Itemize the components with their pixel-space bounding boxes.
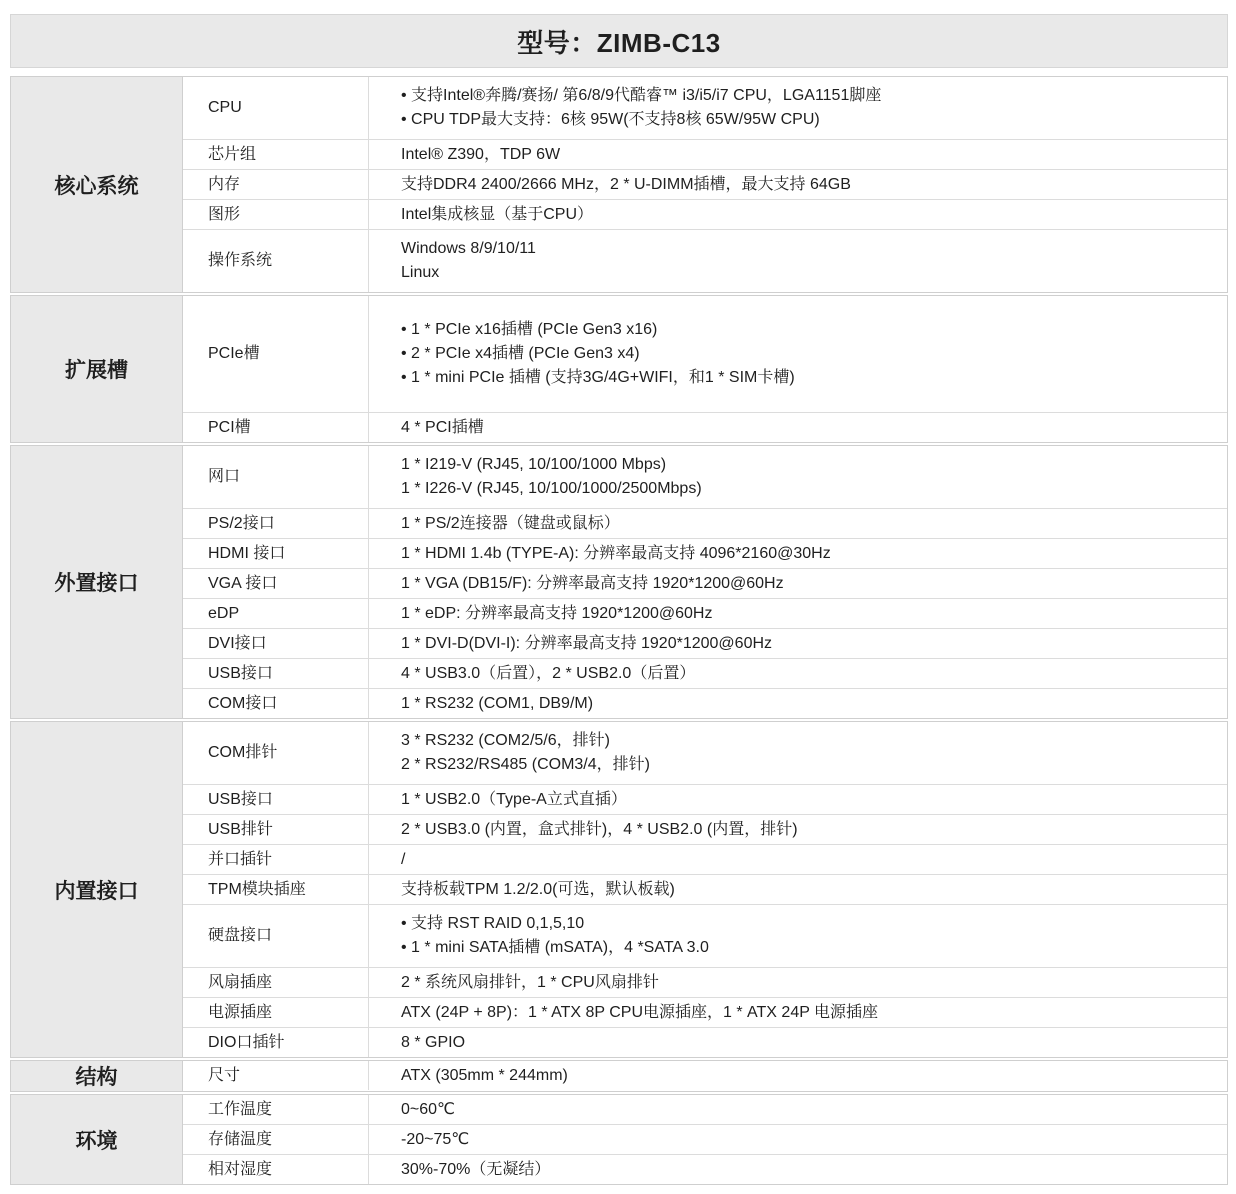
spec-value: 2 * USB3.0 (内置，盒式排针)，4 * USB2.0 (内置，排针) (369, 815, 1227, 844)
spec-value: 30%-70%（无凝结） (369, 1155, 1227, 1184)
spec-value: 4 * PCI插槽 (369, 413, 1227, 442)
spec-row: DIO口插针 8 * GPIO (183, 1028, 1227, 1057)
spec-value: 4 * USB3.0（后置），2 * USB2.0（后置） (369, 659, 1227, 688)
spec-value: 2 * 系统风扇排针，1 * CPU风扇排针 (369, 968, 1227, 997)
spec-value: 8 * GPIO (369, 1028, 1227, 1057)
spec-value-line: -20~75℃ (401, 1128, 1211, 1152)
spec-value-line: • 1 * mini PCIe 插槽 (支持3G/4G+WIFI，和1 * SI… (401, 366, 1211, 390)
spec-row: 工作温度 0~60℃ (183, 1095, 1227, 1125)
spec-value-line: / (401, 848, 1211, 872)
spec-value: • 支持Intel®奔腾/赛扬/ 第6/8/9代酷睿™ i3/i5/i7 CPU… (369, 77, 1227, 139)
spec-value-line: 1 * DVI-D(DVI-I): 分辨率最高支持 1920*1200@60Hz (401, 632, 1211, 656)
spec-value-line: ATX (305mm * 244mm) (401, 1064, 1211, 1088)
spec-section: 扩展槽 PCIe槽 • 1 * PCIe x16插槽 (PCIe Gen3 x1… (10, 295, 1228, 443)
spec-sheet: 型号：ZIMB-C13 核心系统 CPU • 支持Intel®奔腾/赛扬/ 第6… (10, 14, 1228, 1185)
spec-section: 核心系统 CPU • 支持Intel®奔腾/赛扬/ 第6/8/9代酷睿™ i3/… (10, 76, 1228, 293)
spec-value-line: • 支持Intel®奔腾/赛扬/ 第6/8/9代酷睿™ i3/i5/i7 CPU… (401, 84, 1211, 108)
spec-row: 存储温度 -20~75℃ (183, 1125, 1227, 1155)
spec-label: 工作温度 (183, 1095, 369, 1124)
spec-value-line: 支持板载TPM 1.2/2.0(可选，默认板载) (401, 878, 1211, 902)
spec-label: 操作系统 (183, 230, 369, 292)
spec-value-line: 1 * USB2.0（Type-A立式直插） (401, 788, 1211, 812)
spec-value-line: 2 * 系统风扇排针，1 * CPU风扇排针 (401, 971, 1211, 995)
spec-row: 芯片组 Intel® Z390，TDP 6W (183, 140, 1227, 170)
spec-row: COM接口 1 * RS232 (COM1, DB9/M) (183, 689, 1227, 718)
spec-section: 内置接口 COM排针 3 * RS232 (COM2/5/6，排针)2 * RS… (10, 721, 1228, 1058)
spec-label: 硬盘接口 (183, 905, 369, 967)
spec-row: PCI槽 4 * PCI插槽 (183, 413, 1227, 442)
spec-value-line: 2 * USB3.0 (内置，盒式排针)，4 * USB2.0 (内置，排针) (401, 818, 1211, 842)
spec-value: 1 * PS/2连接器（键盘或鼠标） (369, 509, 1227, 538)
spec-value: 0~60℃ (369, 1095, 1227, 1124)
section-rows: COM排针 3 * RS232 (COM2/5/6，排针)2 * RS232/R… (183, 722, 1227, 1057)
spec-label: 尺寸 (183, 1061, 369, 1090)
section-rows: 工作温度 0~60℃ 存储温度 -20~75℃ 相对湿度 30%-70%（无凝结… (183, 1095, 1227, 1184)
spec-row: 内存 支持DDR4 2400/2666 MHz，2 * U-DIMM插槽，最大支… (183, 170, 1227, 200)
spec-value: / (369, 845, 1227, 874)
spec-value-line: • 1 * PCIe x16插槽 (PCIe Gen3 x16) (401, 318, 1211, 342)
spec-row: 操作系统 Windows 8/9/10/11Linux (183, 230, 1227, 292)
spec-value: Windows 8/9/10/11Linux (369, 230, 1227, 292)
spec-value-line: Intel集成核显（基于CPU） (401, 203, 1211, 227)
spec-value: • 支持 RST RAID 0,1,5,10• 1 * mini SATA插槽 … (369, 905, 1227, 967)
spec-value-line: ATX (24P + 8P)：1 * ATX 8P CPU电源插座，1 * AT… (401, 1001, 1211, 1025)
spec-label: 网口 (183, 446, 369, 508)
spec-label: PCIe槽 (183, 296, 369, 412)
spec-label: HDMI 接口 (183, 539, 369, 568)
spec-row: USB接口 4 * USB3.0（后置），2 * USB2.0（后置） (183, 659, 1227, 689)
spec-value-line: 1 * eDP: 分辨率最高支持 1920*1200@60Hz (401, 602, 1211, 626)
spec-value-line: • 支持 RST RAID 0,1,5,10 (401, 912, 1211, 936)
spec-row: PS/2接口 1 * PS/2连接器（键盘或鼠标） (183, 509, 1227, 539)
spec-label: USB接口 (183, 659, 369, 688)
spec-row: 相对湿度 30%-70%（无凝结） (183, 1155, 1227, 1184)
spec-label: 存储温度 (183, 1125, 369, 1154)
spec-value: ATX (305mm * 244mm) (369, 1061, 1227, 1090)
spec-row: USB接口 1 * USB2.0（Type-A立式直插） (183, 785, 1227, 815)
spec-row: 风扇插座 2 * 系统风扇排针，1 * CPU风扇排针 (183, 968, 1227, 998)
spec-value-line: 1 * I219-V (RJ45, 10/100/1000 Mbps) (401, 453, 1211, 477)
spec-row: PCIe槽 • 1 * PCIe x16插槽 (PCIe Gen3 x16)• … (183, 296, 1227, 413)
spec-label: 电源插座 (183, 998, 369, 1027)
spec-value-line: 1 * VGA (DB15/F): 分辨率最高支持 1920*1200@60Hz (401, 572, 1211, 596)
spec-value-line: 0~60℃ (401, 1098, 1211, 1122)
spec-label: VGA 接口 (183, 569, 369, 598)
spec-row: TPM模块插座 支持板载TPM 1.2/2.0(可选，默认板载) (183, 875, 1227, 905)
spec-value: 1 * RS232 (COM1, DB9/M) (369, 689, 1227, 718)
spec-label: TPM模块插座 (183, 875, 369, 904)
spec-label: 芯片组 (183, 140, 369, 169)
spec-section: 外置接口 网口 1 * I219-V (RJ45, 10/100/1000 Mb… (10, 445, 1228, 719)
spec-value-line: 1 * RS232 (COM1, DB9/M) (401, 692, 1211, 716)
spec-value: 1 * VGA (DB15/F): 分辨率最高支持 1920*1200@60Hz (369, 569, 1227, 598)
spec-value-line: 1 * PS/2连接器（键盘或鼠标） (401, 512, 1211, 536)
spec-value-line: • 1 * mini SATA插槽 (mSATA)，4 *SATA 3.0 (401, 936, 1211, 960)
spec-value: • 1 * PCIe x16插槽 (PCIe Gen3 x16)• 2 * PC… (369, 296, 1227, 412)
spec-label: DIO口插针 (183, 1028, 369, 1057)
section-rows: 网口 1 * I219-V (RJ45, 10/100/1000 Mbps)1 … (183, 446, 1227, 718)
spec-row: 硬盘接口 • 支持 RST RAID 0,1,5,10• 1 * mini SA… (183, 905, 1227, 968)
spec-row: HDMI 接口 1 * HDMI 1.4b (TYPE-A): 分辨率最高支持 … (183, 539, 1227, 569)
spec-value: Intel® Z390，TDP 6W (369, 140, 1227, 169)
section-category: 核心系统 (11, 77, 183, 292)
spec-row: 网口 1 * I219-V (RJ45, 10/100/1000 Mbps)1 … (183, 446, 1227, 509)
spec-value-line: Intel® Z390，TDP 6W (401, 143, 1211, 167)
spec-value: 1 * I219-V (RJ45, 10/100/1000 Mbps)1 * I… (369, 446, 1227, 508)
spec-value: ATX (24P + 8P)：1 * ATX 8P CPU电源插座，1 * AT… (369, 998, 1227, 1027)
spec-value: 支持DDR4 2400/2666 MHz，2 * U-DIMM插槽，最大支持 6… (369, 170, 1227, 199)
page-title: 型号：ZIMB-C13 (517, 23, 720, 60)
spec-value-line: 8 * GPIO (401, 1031, 1211, 1055)
spec-label: 内存 (183, 170, 369, 199)
spec-label: 图形 (183, 200, 369, 229)
spec-row: eDP 1 * eDP: 分辨率最高支持 1920*1200@60Hz (183, 599, 1227, 629)
spec-value-line: 4 * PCI插槽 (401, 416, 1211, 440)
spec-row: 并口插针 / (183, 845, 1227, 875)
spec-label: USB排针 (183, 815, 369, 844)
spec-value-line: Linux (401, 261, 1211, 285)
spec-row: COM排针 3 * RS232 (COM2/5/6，排针)2 * RS232/R… (183, 722, 1227, 785)
spec-value-line: 3 * RS232 (COM2/5/6，排针) (401, 729, 1211, 753)
spec-row: CPU • 支持Intel®奔腾/赛扬/ 第6/8/9代酷睿™ i3/i5/i7… (183, 77, 1227, 140)
spec-value: 1 * DVI-D(DVI-I): 分辨率最高支持 1920*1200@60Hz (369, 629, 1227, 658)
model-title-bar: 型号：ZIMB-C13 (10, 14, 1228, 68)
section-category: 外置接口 (11, 446, 183, 718)
spec-row: USB排针 2 * USB3.0 (内置，盒式排针)，4 * USB2.0 (内… (183, 815, 1227, 845)
spec-value: 1 * eDP: 分辨率最高支持 1920*1200@60Hz (369, 599, 1227, 628)
spec-row: 电源插座 ATX (24P + 8P)：1 * ATX 8P CPU电源插座，1… (183, 998, 1227, 1028)
spec-value-line: 1 * I226-V (RJ45, 10/100/1000/2500Mbps) (401, 477, 1211, 501)
spec-row: VGA 接口 1 * VGA (DB15/F): 分辨率最高支持 1920*12… (183, 569, 1227, 599)
spec-value-line: 1 * HDMI 1.4b (TYPE-A): 分辨率最高支持 4096*216… (401, 542, 1211, 566)
spec-value-line: 30%-70%（无凝结） (401, 1158, 1211, 1182)
spec-value: Intel集成核显（基于CPU） (369, 200, 1227, 229)
spec-section: 环境 工作温度 0~60℃ 存储温度 -20~75℃ 相对湿度 30%-70%（… (10, 1094, 1228, 1185)
spec-value-line: • 2 * PCIe x4插槽 (PCIe Gen3 x4) (401, 342, 1211, 366)
section-category: 内置接口 (11, 722, 183, 1057)
spec-value: -20~75℃ (369, 1125, 1227, 1154)
section-category: 扩展槽 (11, 296, 183, 442)
section-category: 环境 (11, 1095, 183, 1184)
spec-value-line: 2 * RS232/RS485 (COM3/4，排针) (401, 753, 1211, 777)
spec-label: COM接口 (183, 689, 369, 718)
spec-value-line: Windows 8/9/10/11 (401, 237, 1211, 261)
spec-value: 3 * RS232 (COM2/5/6，排针)2 * RS232/RS485 (… (369, 722, 1227, 784)
spec-table: 核心系统 CPU • 支持Intel®奔腾/赛扬/ 第6/8/9代酷睿™ i3/… (10, 76, 1228, 1185)
spec-label: 风扇插座 (183, 968, 369, 997)
spec-row: 图形 Intel集成核显（基于CPU） (183, 200, 1227, 230)
spec-value: 1 * HDMI 1.4b (TYPE-A): 分辨率最高支持 4096*216… (369, 539, 1227, 568)
spec-value: 支持板载TPM 1.2/2.0(可选，默认板载) (369, 875, 1227, 904)
spec-row: 尺寸 ATX (305mm * 244mm) (183, 1061, 1227, 1090)
spec-label: USB接口 (183, 785, 369, 814)
spec-section: 结构 尺寸 ATX (305mm * 244mm) (10, 1060, 1228, 1092)
section-rows: PCIe槽 • 1 * PCIe x16插槽 (PCIe Gen3 x16)• … (183, 296, 1227, 442)
spec-value: 1 * USB2.0（Type-A立式直插） (369, 785, 1227, 814)
section-rows: 尺寸 ATX (305mm * 244mm) (183, 1061, 1227, 1091)
spec-value-line: 支持DDR4 2400/2666 MHz，2 * U-DIMM插槽，最大支持 6… (401, 173, 1211, 197)
spec-label: 相对湿度 (183, 1155, 369, 1184)
spec-label: 并口插针 (183, 845, 369, 874)
spec-label: CPU (183, 77, 369, 139)
spec-value-line: • CPU TDP最大支持：6核 95W(不支持8核 65W/95W CPU) (401, 108, 1211, 132)
spec-row: DVI接口 1 * DVI-D(DVI-I): 分辨率最高支持 1920*120… (183, 629, 1227, 659)
spec-label: eDP (183, 599, 369, 628)
spec-label: PCI槽 (183, 413, 369, 442)
spec-value-line: 4 * USB3.0（后置），2 * USB2.0（后置） (401, 662, 1211, 686)
section-rows: CPU • 支持Intel®奔腾/赛扬/ 第6/8/9代酷睿™ i3/i5/i7… (183, 77, 1227, 292)
spec-label: DVI接口 (183, 629, 369, 658)
spec-label: COM排针 (183, 722, 369, 784)
spec-label: PS/2接口 (183, 509, 369, 538)
spec-sheet-page: 型号：ZIMB-C13 核心系统 CPU • 支持Intel®奔腾/赛扬/ 第6… (0, 0, 1236, 1194)
section-category: 结构 (11, 1061, 183, 1091)
